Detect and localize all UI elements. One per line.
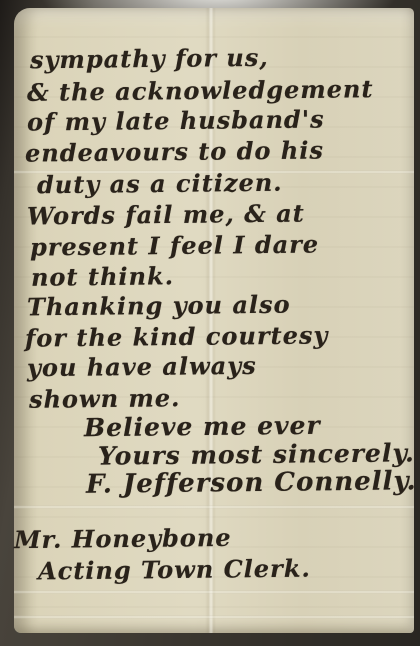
letter-line: sympathy for us, [30,43,269,74]
letter-line: Words fail me, & at [27,199,305,231]
closing-line: Believe me ever [84,411,321,442]
handwriting-layer: sympathy for us, & the acknowledgement o… [0,0,420,646]
letter-line: shown me. [29,383,181,414]
photo-background: sympathy for us, & the acknowledgement o… [0,0,420,646]
addressee-name: Mr. Honeybone [14,523,232,554]
letter-line: Thanking you also [27,290,291,322]
addressee-title: Acting Town Clerk. [38,554,311,586]
letter-line: for the kind courtesy [25,320,329,352]
letter-line: endeavours to do his [25,135,324,167]
letter-line: & the acknowledgement [27,74,374,107]
letter-line: you have always [27,351,257,382]
letter-line: duty as a citizen. [37,168,283,200]
letter-line: of my late husband's [27,104,325,136]
letter-line: not think. [31,261,174,291]
letter-line: present I feel I dare [30,229,319,261]
signature-line: F. Jefferson Connelly. [86,466,417,499]
